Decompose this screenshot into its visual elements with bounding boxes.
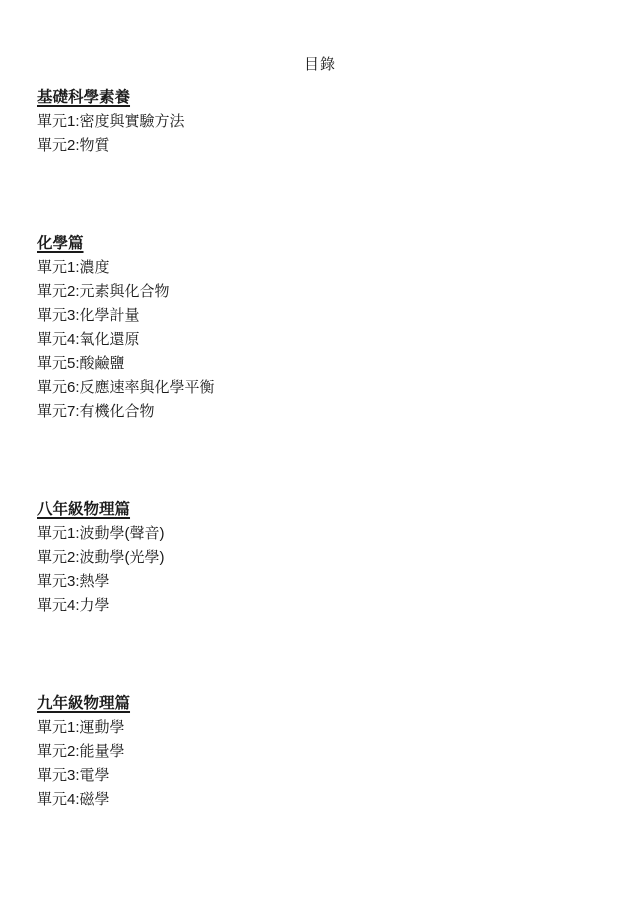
- toc-item: 單元5:酸鹼鹽: [37, 352, 610, 376]
- section-basic-science: 基礎科學素養 單元1:密度與實驗方法 單元2:物質: [37, 86, 610, 158]
- section-heading-chemistry: 化學篇: [37, 232, 610, 256]
- toc-item: 單元4:氧化還原: [37, 328, 610, 352]
- toc-item: 單元2:波動學(光學): [37, 546, 610, 570]
- toc-item: 單元1:密度與實驗方法: [37, 110, 610, 134]
- section-grade8-physics: 八年級物理篇 單元1:波動學(聲音) 單元2:波動學(光學) 單元3:熱學 單元…: [37, 498, 610, 618]
- toc-item: 單元3:熱學: [37, 570, 610, 594]
- toc-item: 單元3:電學: [37, 764, 610, 788]
- toc-item: 單元1:波動學(聲音): [37, 522, 610, 546]
- section-heading-grade8-physics: 八年級物理篇: [37, 498, 610, 522]
- toc-document-page: 目錄 基礎科學素養 單元1:密度與實驗方法 單元2:物質 化學篇 單元1:濃度 …: [0, 0, 640, 908]
- toc-item: 單元2:能量學: [37, 740, 610, 764]
- toc-item: 單元2:物質: [37, 134, 610, 158]
- toc-item: 單元2:元素與化合物: [37, 280, 610, 304]
- toc-item: 單元7:有機化合物: [37, 400, 610, 424]
- toc-item: 單元3:化學計量: [37, 304, 610, 328]
- toc-item: 單元1:運動學: [37, 716, 610, 740]
- page-title: 目錄: [0, 0, 640, 76]
- section-heading-basic-science: 基礎科學素養: [37, 86, 610, 110]
- section-chemistry: 化學篇 單元1:濃度 單元2:元素與化合物 單元3:化學計量 單元4:氧化還原 …: [37, 232, 610, 424]
- section-grade9-physics: 九年級物理篇 單元1:運動學 單元2:能量學 單元3:電學 單元4:磁學: [37, 692, 610, 812]
- section-heading-grade9-physics: 九年級物理篇: [37, 692, 610, 716]
- toc-body: 基礎科學素養 單元1:密度與實驗方法 單元2:物質 化學篇 單元1:濃度 單元2…: [0, 86, 640, 812]
- toc-item: 單元4:力學: [37, 594, 610, 618]
- toc-item: 單元6:反應速率與化學平衡: [37, 376, 610, 400]
- toc-item: 單元4:磁學: [37, 788, 610, 812]
- toc-item: 單元1:濃度: [37, 256, 610, 280]
